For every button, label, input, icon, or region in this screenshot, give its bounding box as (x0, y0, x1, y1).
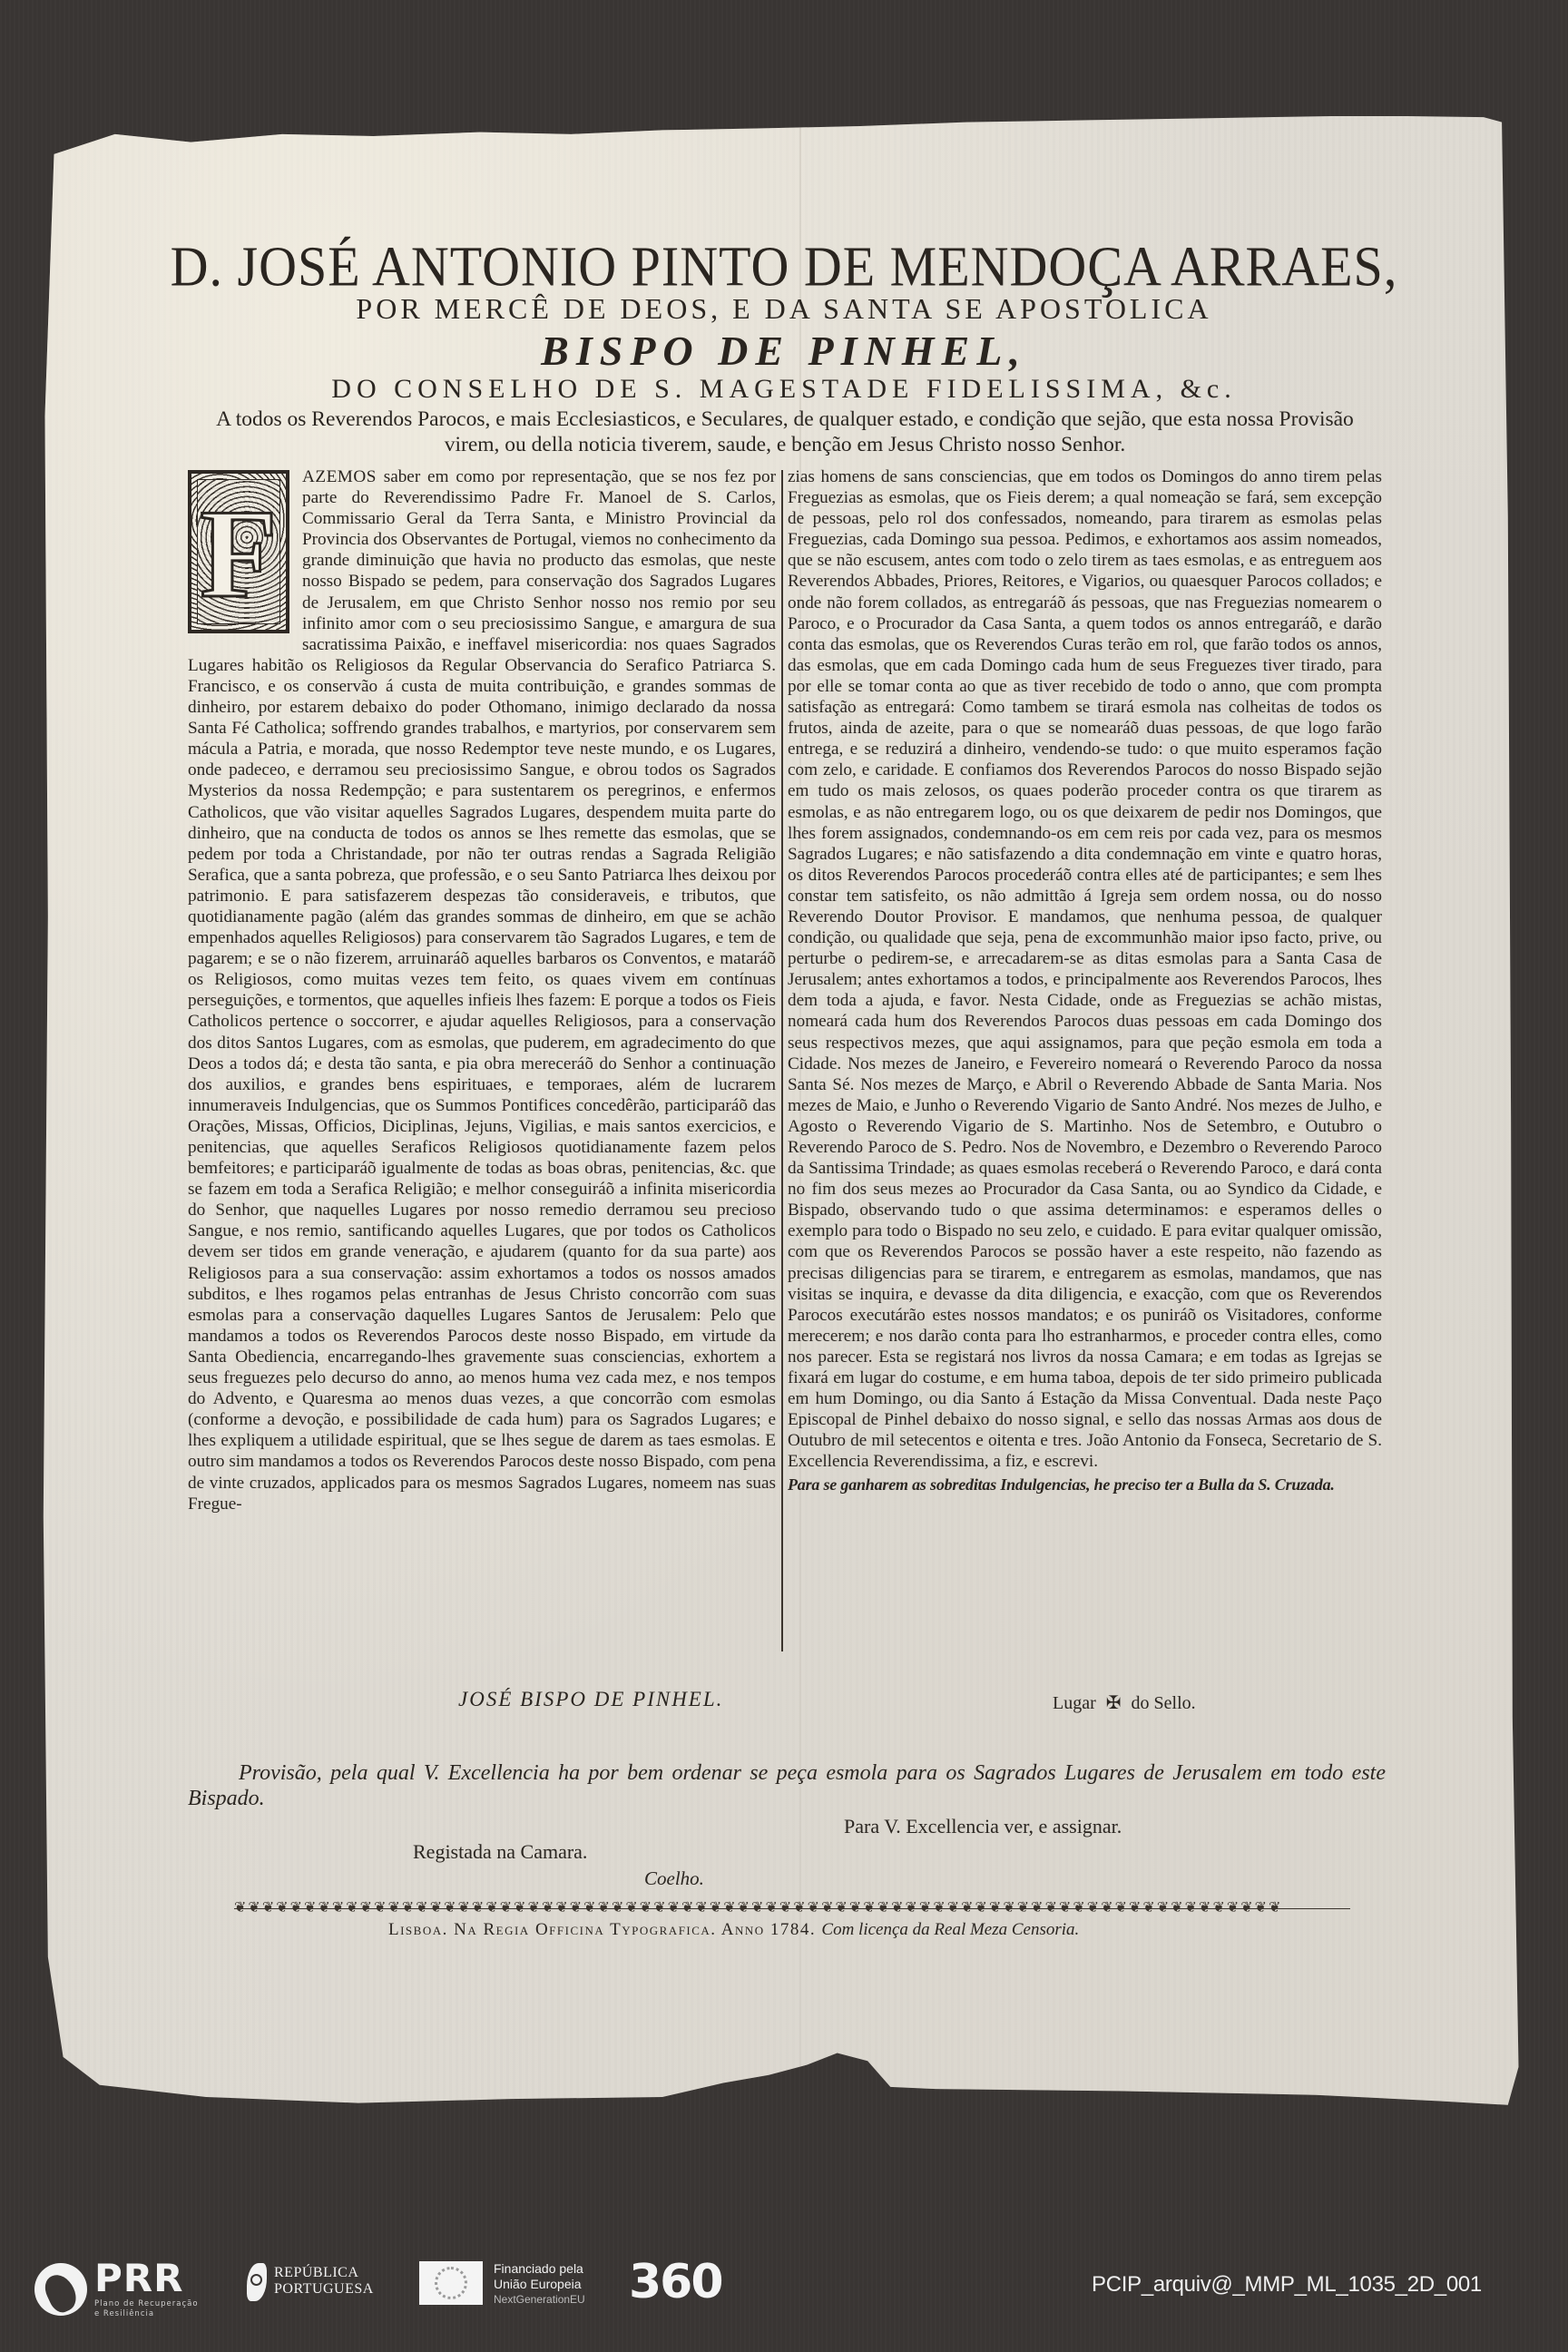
republic-text: REPÚBLICA PORTUGUESA (274, 2265, 374, 2298)
heading-line-council: DO CONSELHO DE S. MAGESTADE FIDELISSIMA,… (0, 374, 1568, 405)
indulgence-note: Para se ganharem as sobreditas Indulgenc… (788, 1475, 1382, 1495)
prr-emblem-icon (34, 2263, 87, 2316)
bishop-name-heading: D. JOSÉ ANTONIO PINTO DE MENDOÇA ARRAES, (0, 233, 1568, 299)
republic-emblem-icon (247, 2263, 267, 2301)
eu-line3: NextGenerationEU (494, 2292, 585, 2308)
eu-line1: Financiado pela (494, 2261, 585, 2277)
imprint-license: Com licença da Real Meza Censoria. (821, 1920, 1079, 1939)
decorated-initial-f-icon: F (188, 470, 289, 633)
seal-label-after: do Sello. (1132, 1693, 1196, 1713)
republic-line1: REPÚBLICA (274, 2265, 374, 2281)
republic-line2: PORTUGUESA (274, 2281, 374, 2298)
registered-note: Registada na Camara. (413, 1840, 587, 1864)
bishop-signature: JOSÉ BISPO DE PINHEL. (458, 1688, 723, 1711)
heading-line-grace: POR MERCÊ DE DEOS, E DA SANTA SE APOSTOL… (0, 292, 1568, 326)
eu-flag-icon (419, 2261, 483, 2305)
body-column-right: zias homens de sans consciencias, que em… (788, 466, 1382, 1495)
imprint-place: Lisboa. Na Regia Officina Typografica. A… (388, 1920, 816, 1939)
seal-label-before: Lugar (1053, 1693, 1096, 1713)
maltese-cross-icon: ✠ (1106, 1691, 1122, 1714)
eu-text: Financiado pela União Europeia NextGener… (494, 2261, 585, 2308)
logo-360: 360 (629, 2256, 722, 2308)
printer-imprint: Lisboa. Na Regia Officina Typografica. A… (388, 1920, 1079, 1940)
heading-title-bispo: BISPO DE PINHEL, (0, 327, 1568, 375)
initial-letter: F (191, 486, 286, 622)
salutation-address: A todos os Reverendos Parocos, e mais Ec… (213, 407, 1357, 457)
column-divider (781, 470, 783, 1651)
lead-word: AZEMOS (302, 467, 377, 486)
republica-portuguesa-logo: REPÚBLICA PORTUGUESA (247, 2259, 419, 2305)
provision-summary: Provisão, pela qual V. Excellencia ha po… (188, 1760, 1386, 1811)
eu-funding-logo: Financiado pela União Europeia NextGener… (419, 2261, 619, 2307)
prr-subtitle-line2: e Resiliência (94, 2309, 199, 2319)
archive-footer: PRR Plano de Recuperação e Resiliência R… (0, 2214, 1568, 2352)
prr-subtitle: Plano de Recuperação e Resiliência (94, 2299, 199, 2319)
eu-line2: União Europeia (494, 2277, 585, 2292)
for-signature-note: Para V. Excellencia ver, e assignar. (844, 1815, 1122, 1838)
prr-title: PRR (94, 2258, 183, 2299)
archive-identifier: PCIP_arquiv@_MMP_ML_1035_2D_001 (1092, 2272, 1482, 2298)
body-column-left: F AZEMOS saber em como por representação… (188, 466, 776, 1514)
prr-subtitle-line1: Plano de Recuperação (94, 2299, 199, 2309)
seal-place: Lugar ✠ do Sello. (1053, 1691, 1196, 1714)
clerk-name: Coelho. (644, 1867, 704, 1890)
prr-logo: PRR Plano de Recuperação e Resiliência (34, 2258, 234, 2321)
ornamental-rule: ❦ ❦ ❦ ❦ ❦ ❦ ❦ ❦ ❦ ❦ ❦ ❦ ❦ ❦ ❦ ❦ ❦ ❦ ❦ ❦ … (234, 1900, 1350, 1916)
body-text-right: zias homens de sans consciencias, que em… (788, 466, 1382, 1473)
